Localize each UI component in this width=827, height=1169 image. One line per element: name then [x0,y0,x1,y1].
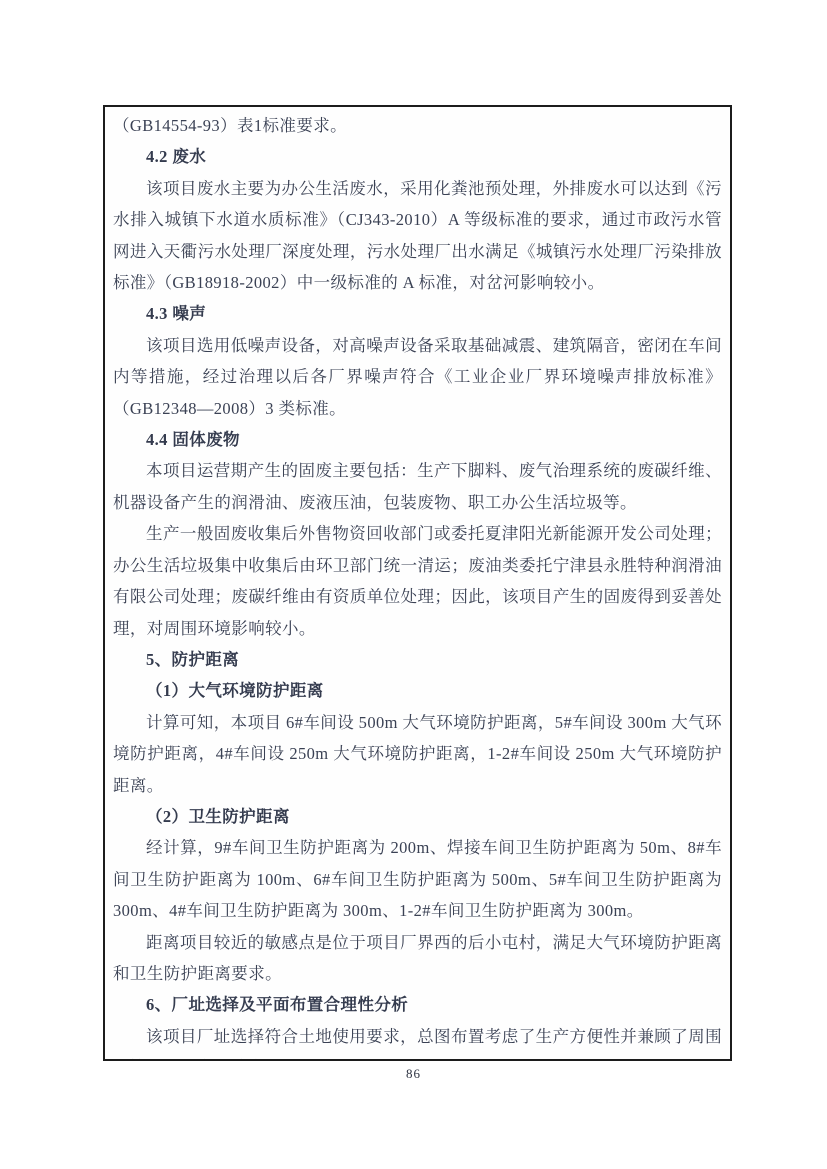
document-page: （GB14554-93）表1标准要求。4.2 废水该项目废水主要为办公生活废水，… [0,0,827,1169]
paragraph: 生产一般固废收集后外售物资回收部门或委托夏津阳光新能源开发公司处理；办公生活垃圾… [113,518,722,644]
page-number: 86 [0,1066,827,1082]
document-body: （GB14554-93）表1标准要求。4.2 废水该项目废水主要为办公生活废水，… [103,105,732,1061]
section-heading: 6、厂址选择及平面布置合理性分析 [113,989,722,1020]
section-heading: （2）卫生防护距离 [113,801,722,832]
paragraph: 该项目选用低噪声设备，对高噪声设备采取基础减震、建筑隔音，密闭在车间内等措施，经… [113,330,722,424]
paragraph: 该项目废水主要为办公生活废水，采用化粪池预处理，外排废水可以达到《污水排入城镇下… [113,173,722,299]
section-heading: （1）大气环境防护距离 [113,675,722,706]
paragraph: 本项目运营期产生的固废主要包括：生产下脚料、废气治理系统的废碳纤维、机器设备产生… [113,455,722,518]
section-heading: 4.4 固体废物 [113,424,722,455]
section-heading: 5、防护距离 [113,644,722,675]
section-heading: 4.3 噪声 [113,298,722,329]
paragraph: 计算可知，本项目 6#车间设 500m 大气环境防护距离，5#车间设 300m … [113,707,722,801]
paragraph: 经计算，9#车间卫生防护距离为 200m、焊接车间卫生防护距离为 50m、8#车… [113,832,722,926]
paragraph: 该项目厂址选择符合土地使用要求，总图布置考虑了生产方便性并兼顾了周围环境，平面布… [113,1021,722,1061]
paragraph: 距离项目较近的敏感点是位于项目厂界西的后小屯村，满足大气环境防护距离和卫生防护距… [113,927,722,990]
section-heading: 4.2 废水 [113,141,722,172]
paragraph: （GB14554-93）表1标准要求。 [113,110,722,141]
